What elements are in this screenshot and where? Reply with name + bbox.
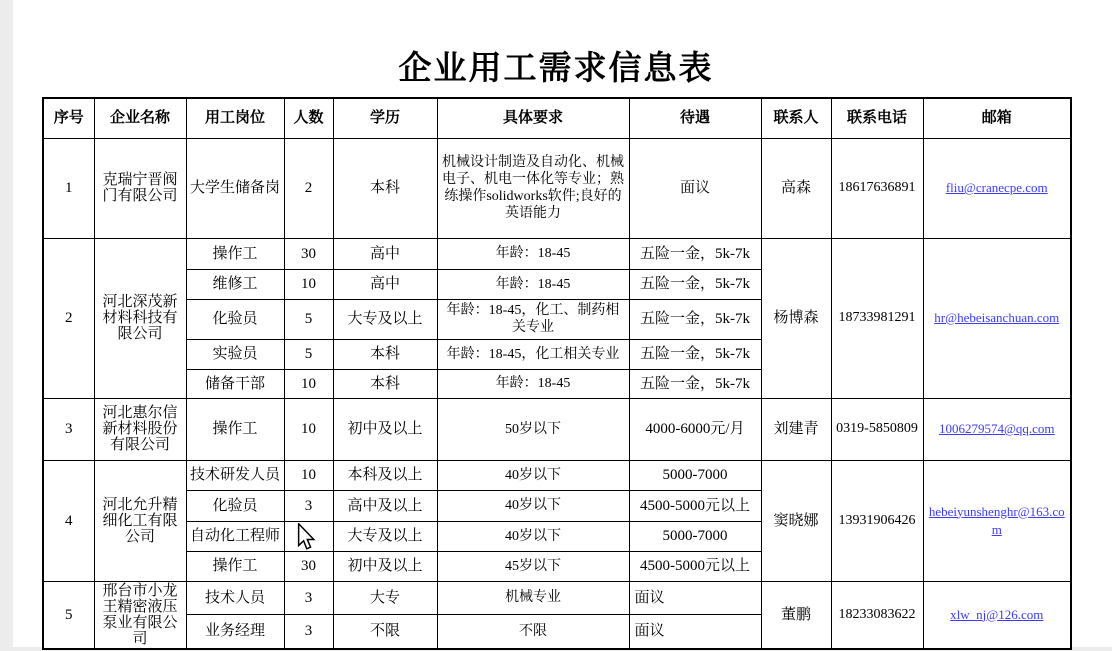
cell-contact: 刘建青 <box>761 398 831 460</box>
cell-education: 初中及以上 <box>333 398 437 460</box>
document-page: { "title": "企业用工需求信息表", "table": { "head… <box>0 0 1112 651</box>
email-link[interactable]: fliu@cranecpe.com <box>946 180 1048 195</box>
cell-count: 10 <box>284 369 333 398</box>
cell-salary: 五险一金，5k-7k <box>629 339 761 369</box>
col-header-education: 学历 <box>333 98 437 138</box>
cell-education: 不限 <box>333 615 437 649</box>
cell-salary: 五险一金，5k-7k <box>629 238 761 269</box>
cell-education: 高中 <box>333 238 437 269</box>
table-row: 1 克瑞宁晋阀门有限公司 大学生储备岗 2 本科 机械设计制造及自动化、机械电子… <box>43 138 1071 238</box>
cell-salary: 面议 <box>629 138 761 238</box>
cell-count: 5 <box>284 299 333 339</box>
cell-salary: 面议 <box>629 615 761 649</box>
cell-requirements: 45岁以下 <box>437 551 629 581</box>
cell-position: 业务经理 <box>186 615 284 649</box>
email-link[interactable]: xlw_nj@126.com <box>950 607 1043 622</box>
cell-index: 2 <box>43 238 94 398</box>
col-header-index: 序号 <box>43 98 94 138</box>
col-header-contact: 联系人 <box>761 98 831 138</box>
cell-count <box>284 521 333 551</box>
cell-count: 10 <box>284 460 333 490</box>
col-header-phone: 联系电话 <box>831 98 923 138</box>
cell-index: 4 <box>43 460 94 581</box>
cell-requirements: 40岁以下 <box>437 490 629 521</box>
cell-requirements: 50岁以下 <box>437 398 629 460</box>
cell-contact: 杨博森 <box>761 238 831 398</box>
cell-index: 1 <box>43 138 94 238</box>
cell-position: 操作工 <box>186 398 284 460</box>
cell-requirements: 40岁以下 <box>437 460 629 490</box>
email-link[interactable]: hebeiyunshenghr@163.com <box>929 504 1065 537</box>
cell-phone: 0319-5850809 <box>831 398 923 460</box>
cell-phone: 18733981291 <box>831 238 923 398</box>
table-row: 5 邢台市小龙王精密液压泵业有限公司 技术人员 3 大专 机械专业 面议 董鹏 … <box>43 581 1071 615</box>
cell-company-name: 克瑞宁晋阀门有限公司 <box>94 138 186 238</box>
cell-email: hebeiyunshenghr@163.com <box>923 460 1071 581</box>
cell-requirements: 机械专业 <box>437 581 629 615</box>
cell-salary: 5000-7000 <box>629 521 761 551</box>
cell-education: 本科 <box>333 138 437 238</box>
col-header-email: 邮箱 <box>923 98 1071 138</box>
table-header-row: 序号 企业名称 用工岗位 人数 学历 具体要求 待遇 联系人 联系电话 邮箱 <box>43 98 1071 138</box>
cell-count: 5 <box>284 339 333 369</box>
cell-company-name: 邢台市小龙王精密液压泵业有限公司 <box>94 581 186 649</box>
cell-salary: 五险一金，5k-7k <box>629 369 761 398</box>
email-link[interactable]: 1006279574@qq.com <box>939 421 1055 436</box>
cell-position: 技术人员 <box>186 581 284 615</box>
cell-position: 储备干部 <box>186 369 284 398</box>
cell-count: 3 <box>284 490 333 521</box>
cell-requirements: 年龄：18-45 <box>437 369 629 398</box>
cell-salary: 面议 <box>629 581 761 615</box>
cell-position: 操作工 <box>186 238 284 269</box>
cell-salary: 4500-5000元以上 <box>629 551 761 581</box>
cell-count: 3 <box>284 581 333 615</box>
cell-position: 维修工 <box>186 269 284 299</box>
cell-count: 3 <box>284 615 333 649</box>
cell-position: 自动化工程师 <box>186 521 284 551</box>
cell-position: 技术研发人员 <box>186 460 284 490</box>
cell-count: 2 <box>284 138 333 238</box>
table-row: 2 河北深茂新材料科技有限公司 操作工 30 高中 年龄：18-45 五险一金，… <box>43 238 1071 269</box>
cell-position: 化验员 <box>186 490 284 521</box>
cell-salary: 五险一金，5k-7k <box>629 299 761 339</box>
cell-email: hr@hebeisanchuan.com <box>923 238 1071 398</box>
col-header-requirements: 具体要求 <box>437 98 629 138</box>
cell-salary: 4500-5000元以上 <box>629 490 761 521</box>
cell-count: 10 <box>284 398 333 460</box>
cell-requirements: 年龄：18-45 <box>437 269 629 299</box>
cell-salary: 4000-6000元/月 <box>629 398 761 460</box>
cell-education: 本科 <box>333 339 437 369</box>
cell-requirements: 年龄：18-45，化工、制药相关专业 <box>437 299 629 339</box>
cell-company-name: 河北惠尔信新材料股份有限公司 <box>94 398 186 460</box>
cell-requirements: 不限 <box>437 615 629 649</box>
cell-position: 操作工 <box>186 551 284 581</box>
cell-requirements: 年龄：18-45 <box>437 238 629 269</box>
cell-count: 10 <box>284 269 333 299</box>
cell-contact: 高森 <box>761 138 831 238</box>
cell-count: 30 <box>284 238 333 269</box>
cell-education: 大专及以上 <box>333 299 437 339</box>
cell-email: 1006279574@qq.com <box>923 398 1071 460</box>
cell-salary: 5000-7000 <box>629 460 761 490</box>
cell-count: 30 <box>284 551 333 581</box>
table-row: 4 河北允升精细化工有限公司 技术研发人员 10 本科及以上 40岁以下 500… <box>43 460 1071 490</box>
cell-phone: 18617636891 <box>831 138 923 238</box>
cell-company-name: 河北允升精细化工有限公司 <box>94 460 186 581</box>
cell-requirements: 年龄：18-45，化工相关专业 <box>437 339 629 369</box>
labor-demand-table: 序号 企业名称 用工岗位 人数 学历 具体要求 待遇 联系人 联系电话 邮箱 1… <box>42 97 1072 650</box>
cell-requirements: 机械设计制造及自动化、机械电子、机电一体化等专业；熟练操作solidworks软… <box>437 138 629 238</box>
cell-phone: 18233083622 <box>831 581 923 649</box>
col-header-position: 用工岗位 <box>186 98 284 138</box>
cell-email: xlw_nj@126.com <box>923 581 1071 649</box>
cell-education: 本科 <box>333 369 437 398</box>
email-link[interactable]: hr@hebeisanchuan.com <box>934 310 1059 325</box>
cell-company-name: 河北深茂新材料科技有限公司 <box>94 238 186 398</box>
cell-position: 化验员 <box>186 299 284 339</box>
cell-requirements: 40岁以下 <box>437 521 629 551</box>
col-header-salary: 待遇 <box>629 98 761 138</box>
cell-education: 大专及以上 <box>333 521 437 551</box>
cell-education: 高中 <box>333 269 437 299</box>
cell-education: 本科及以上 <box>333 460 437 490</box>
cell-contact: 窦晓娜 <box>761 460 831 581</box>
cell-contact: 董鹏 <box>761 581 831 649</box>
table-row: 3 河北惠尔信新材料股份有限公司 操作工 10 初中及以上 50岁以下 4000… <box>43 398 1071 460</box>
cell-education: 高中及以上 <box>333 490 437 521</box>
cell-index: 3 <box>43 398 94 460</box>
cell-email: fliu@cranecpe.com <box>923 138 1071 238</box>
cell-position: 实验员 <box>186 339 284 369</box>
cell-education: 大专 <box>333 581 437 615</box>
cell-education: 初中及以上 <box>333 551 437 581</box>
col-header-company: 企业名称 <box>94 98 186 138</box>
cell-phone: 13931906426 <box>831 460 923 581</box>
page-title: 企业用工需求信息表 <box>42 42 1070 89</box>
cell-salary: 五险一金，5k-7k <box>629 269 761 299</box>
col-header-count: 人数 <box>284 98 333 138</box>
cell-index: 5 <box>43 581 94 649</box>
cell-position: 大学生储备岗 <box>186 138 284 238</box>
